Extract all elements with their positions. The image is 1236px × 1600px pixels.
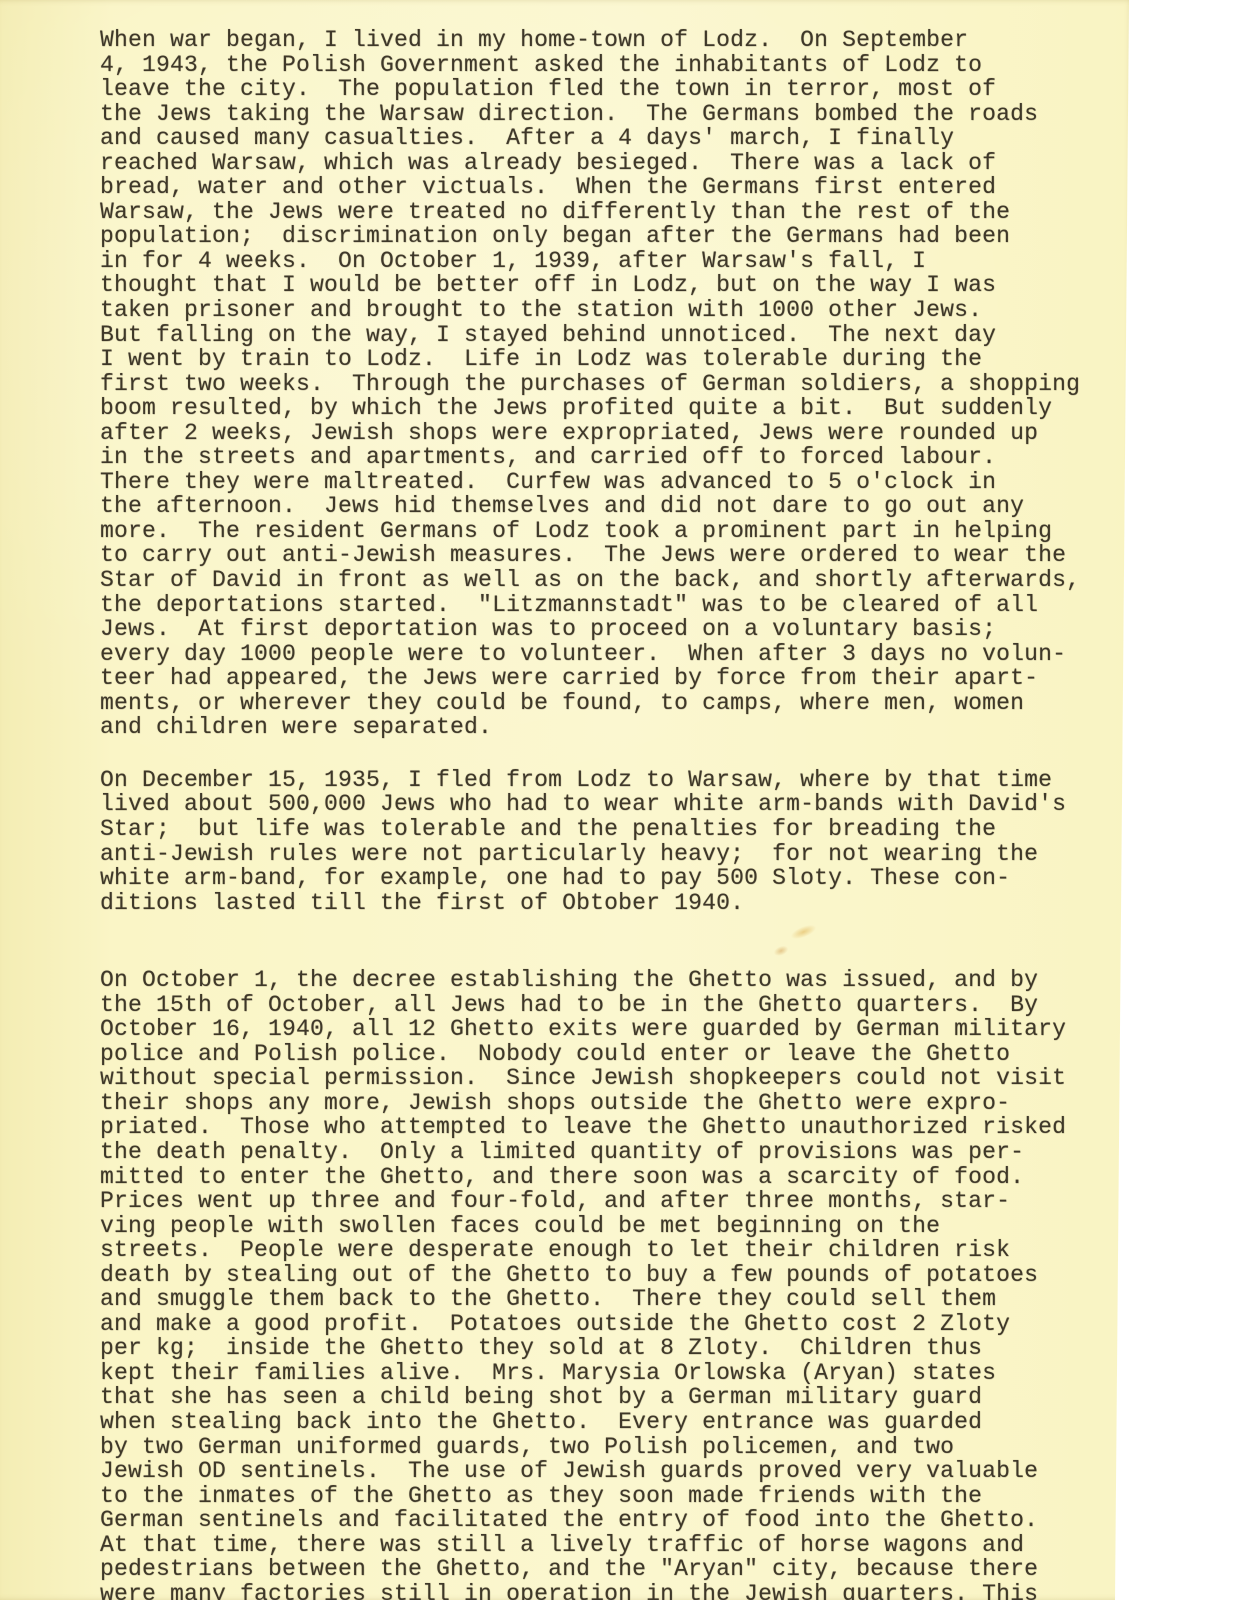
text-line: reached Warsaw, which was already besieg… — [100, 151, 1110, 176]
text-line: But falling on the way, I stayed behind … — [100, 323, 1110, 348]
text-line: Jewish OD sentinels. The use of Jewish g… — [100, 1459, 1110, 1484]
text-line: first two weeks. Through the purchases o… — [100, 372, 1110, 397]
text-line: On October 1, the decree establishing th… — [100, 968, 1110, 993]
text-line: 4, 1943, the Polish Government asked the… — [100, 53, 1110, 78]
text-line: by two German uniformed guards, two Poli… — [100, 1435, 1110, 1460]
text-line: to carry out anti-Jewish measures. The J… — [100, 543, 1110, 568]
text-line: the 15th of October, all Jews had to be … — [100, 993, 1110, 1018]
text-line: ditions lasted till the first of Obtober… — [100, 891, 1110, 916]
text-line: ving people with swollen faces could be … — [100, 1214, 1110, 1239]
text-line: pedestrians between the Ghetto, and the … — [100, 1557, 1110, 1582]
text-line: There they were maltreated. Curfew was a… — [100, 470, 1110, 495]
text-line: When war began, I lived in my home-town … — [100, 28, 1110, 53]
text-line: At that time, there was still a lively t… — [100, 1533, 1110, 1558]
text-line: Jews. At first deportation was to procee… — [100, 617, 1110, 642]
text-line: and make a good profit. Potatoes outside… — [100, 1312, 1110, 1337]
text-line: in for 4 weeks. On October 1, 1939, afte… — [100, 249, 1110, 274]
text-line: priated. Those who attempted to leave th… — [100, 1115, 1110, 1140]
text-line: the death penalty. Only a limited quanti… — [100, 1140, 1110, 1165]
text-line: more. The resident Germans of Lodz took … — [100, 519, 1110, 544]
text-line: October 16, 1940, all 12 Ghetto exits we… — [100, 1017, 1110, 1042]
text-line: that she has seen a child being shot by … — [100, 1385, 1110, 1410]
text-line: Star; but life was tolerable and the pen… — [100, 817, 1110, 842]
text-line: teer had appeared, the Jews were carried… — [100, 666, 1110, 691]
text-line: per kg; inside the Ghetto they sold at 8… — [100, 1336, 1110, 1361]
text-line: and smuggle them back to the Ghetto. The… — [100, 1287, 1110, 1312]
text-line: after 2 weeks, Jewish shops were expropr… — [100, 421, 1110, 446]
paragraph: On December 15, 1935, I fled from Lodz t… — [100, 768, 1110, 915]
text-line: every day 1000 people were to volunteer.… — [100, 642, 1110, 667]
text-line: On December 15, 1935, I fled from Lodz t… — [100, 768, 1110, 793]
text-line: police and Polish police. Nobody could e… — [100, 1042, 1110, 1067]
text-line: population; discrimination only began af… — [100, 224, 1110, 249]
text-line: were many factories still in operation i… — [100, 1582, 1110, 1600]
text-line: Prices went up three and four-fold, and … — [100, 1189, 1110, 1214]
text-line: in the streets and apartments, and carri… — [100, 445, 1110, 470]
text-line: Warsaw, the Jews were treated no differe… — [100, 200, 1110, 225]
paragraph: On October 1, the decree establishing th… — [100, 968, 1110, 1600]
text-line: I went by train to Lodz. Life in Lodz wa… — [100, 347, 1110, 372]
text-line: Star of David in front as well as on the… — [100, 568, 1110, 593]
text-line: anti-Jewish rules were not particularly … — [100, 842, 1110, 867]
text-line: leave the city. The population fled the … — [100, 77, 1110, 102]
text-line: German sentinels and facilitated the ent… — [100, 1508, 1110, 1533]
text-line: mitted to enter the Ghetto, and there so… — [100, 1165, 1110, 1190]
text-line: and caused many casualties. After a 4 da… — [100, 126, 1110, 151]
text-line: without special permission. Since Jewish… — [100, 1066, 1110, 1091]
text-line: streets. People were desperate enough to… — [100, 1238, 1110, 1263]
text-line: death by stealing out of the Ghetto to b… — [100, 1263, 1110, 1288]
text-line: to the inmates of the Ghetto as they soo… — [100, 1484, 1110, 1509]
text-line: thought that I would be better off in Lo… — [100, 273, 1110, 298]
text-line: bread, water and other victuals. When th… — [100, 175, 1110, 200]
text-line: kept their families alive. Mrs. Marysia … — [100, 1361, 1110, 1386]
text-line: taken prisoner and brought to the statio… — [100, 298, 1110, 323]
text-line: ments, or wherever they could be found, … — [100, 691, 1110, 716]
text-line: the afternoon. Jews hid themselves and d… — [100, 494, 1110, 519]
text-line: lived about 500,000 Jews who had to wear… — [100, 792, 1110, 817]
text-line: and children were separated. — [100, 715, 1110, 740]
text-line: their shops any more, Jewish shops outsi… — [100, 1091, 1110, 1116]
document-page: When war began, I lived in my home-town … — [0, 0, 1134, 1600]
scan-background: When war began, I lived in my home-town … — [0, 0, 1236, 1600]
paragraph: When war began, I lived in my home-town … — [100, 28, 1110, 740]
typewritten-text: When war began, I lived in my home-town … — [100, 28, 1110, 1600]
text-line: boom resulted, by which the Jews profite… — [100, 396, 1110, 421]
text-line: white arm-band, for example, one had to … — [100, 866, 1110, 891]
text-line: the Jews taking the Warsaw direction. Th… — [100, 102, 1110, 127]
text-line: the deportations started. "Litzmannstadt… — [100, 593, 1110, 618]
text-line: when stealing back into the Ghetto. Ever… — [100, 1410, 1110, 1435]
